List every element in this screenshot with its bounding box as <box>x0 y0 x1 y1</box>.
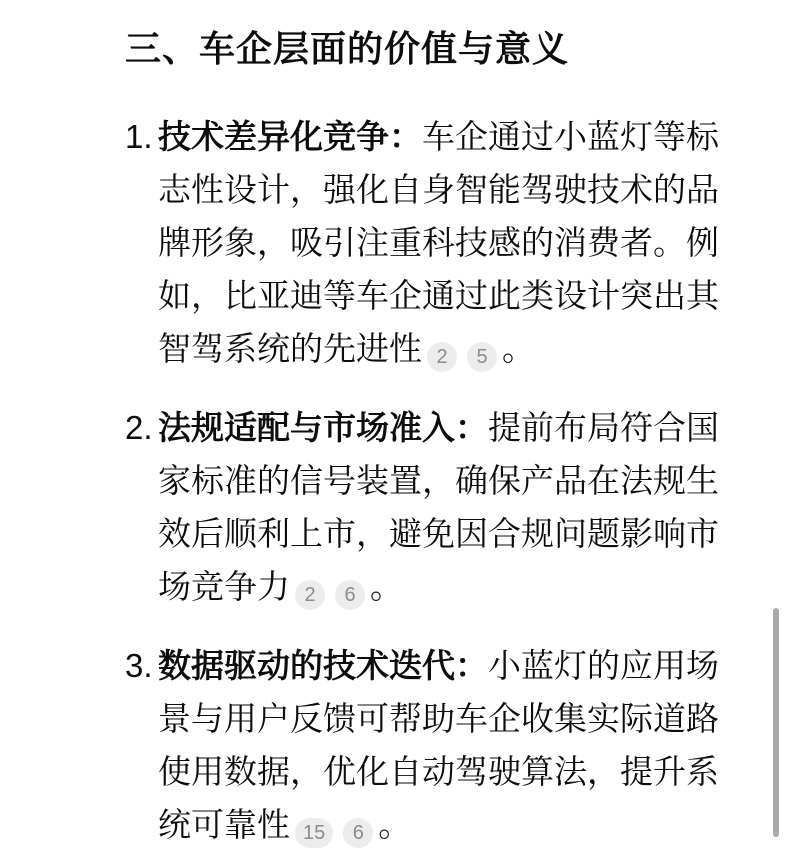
value-list: 1. 技术差异化竞争：车企通过小蓝灯等标志性设计，强化自身智能驾驶技术的品牌形象… <box>125 110 738 851</box>
citation-badge[interactable]: 6 <box>343 818 373 848</box>
list-item: 3. 数据驱动的技术迭代：小蓝灯的应用场景与用户反馈可帮助车企收集实际道路使用数… <box>125 639 738 851</box>
citation-badge[interactable]: 2 <box>295 580 325 610</box>
list-item: 1. 技术差异化竞争：车企通过小蓝灯等标志性设计，强化自身智能驾驶技术的品牌形象… <box>125 110 738 375</box>
citation-badge[interactable]: 15 <box>295 818 333 848</box>
content-area: 三、车企层面的价值与意义 1. 技术差异化竞争：车企通过小蓝灯等标志性设计，强化… <box>0 0 786 851</box>
scrollbar-thumb[interactable] <box>773 608 779 837</box>
list-item-text: 数据驱动的技术迭代：小蓝灯的应用场景与用户反馈可帮助车企收集实际道路使用数据，优… <box>158 639 738 851</box>
list-item-label: 法规适配与市场准入： <box>158 409 488 446</box>
sentence-period: 。 <box>370 568 403 605</box>
list-item-number: 3. <box>125 639 158 692</box>
page-root: 三、车企层面的价值与意义 1. 技术差异化竞争：车企通过小蓝灯等标志性设计，强化… <box>0 0 786 858</box>
list-item: 2. 法规适配与市场准入：提前布局符合国家标准的信号装置，确保产品在法规生效后顺… <box>125 401 738 613</box>
list-item-text: 法规适配与市场准入：提前布局符合国家标准的信号装置，确保产品在法规生效后顺利上市… <box>158 401 738 613</box>
citation-badge[interactable]: 6 <box>335 580 365 610</box>
list-item-number: 1. <box>125 110 158 163</box>
sentence-period: 。 <box>502 330 535 367</box>
citation-badge[interactable]: 5 <box>467 342 497 372</box>
list-item-body: 车企通过小蓝灯等标志性设计，强化自身智能驾驶技术的品牌形象，吸引注重科技感的消费… <box>158 118 719 367</box>
sentence-period: 。 <box>378 806 411 843</box>
list-item-label: 技术差异化竞争： <box>158 118 422 155</box>
page-title: 三、车企层面的价值与意义 <box>125 24 738 74</box>
list-item-number: 2. <box>125 401 158 454</box>
list-item-label: 数据驱动的技术迭代： <box>158 647 488 684</box>
citation-badge[interactable]: 2 <box>427 342 457 372</box>
list-item-text: 技术差异化竞争：车企通过小蓝灯等标志性设计，强化自身智能驾驶技术的品牌形象，吸引… <box>158 110 738 375</box>
